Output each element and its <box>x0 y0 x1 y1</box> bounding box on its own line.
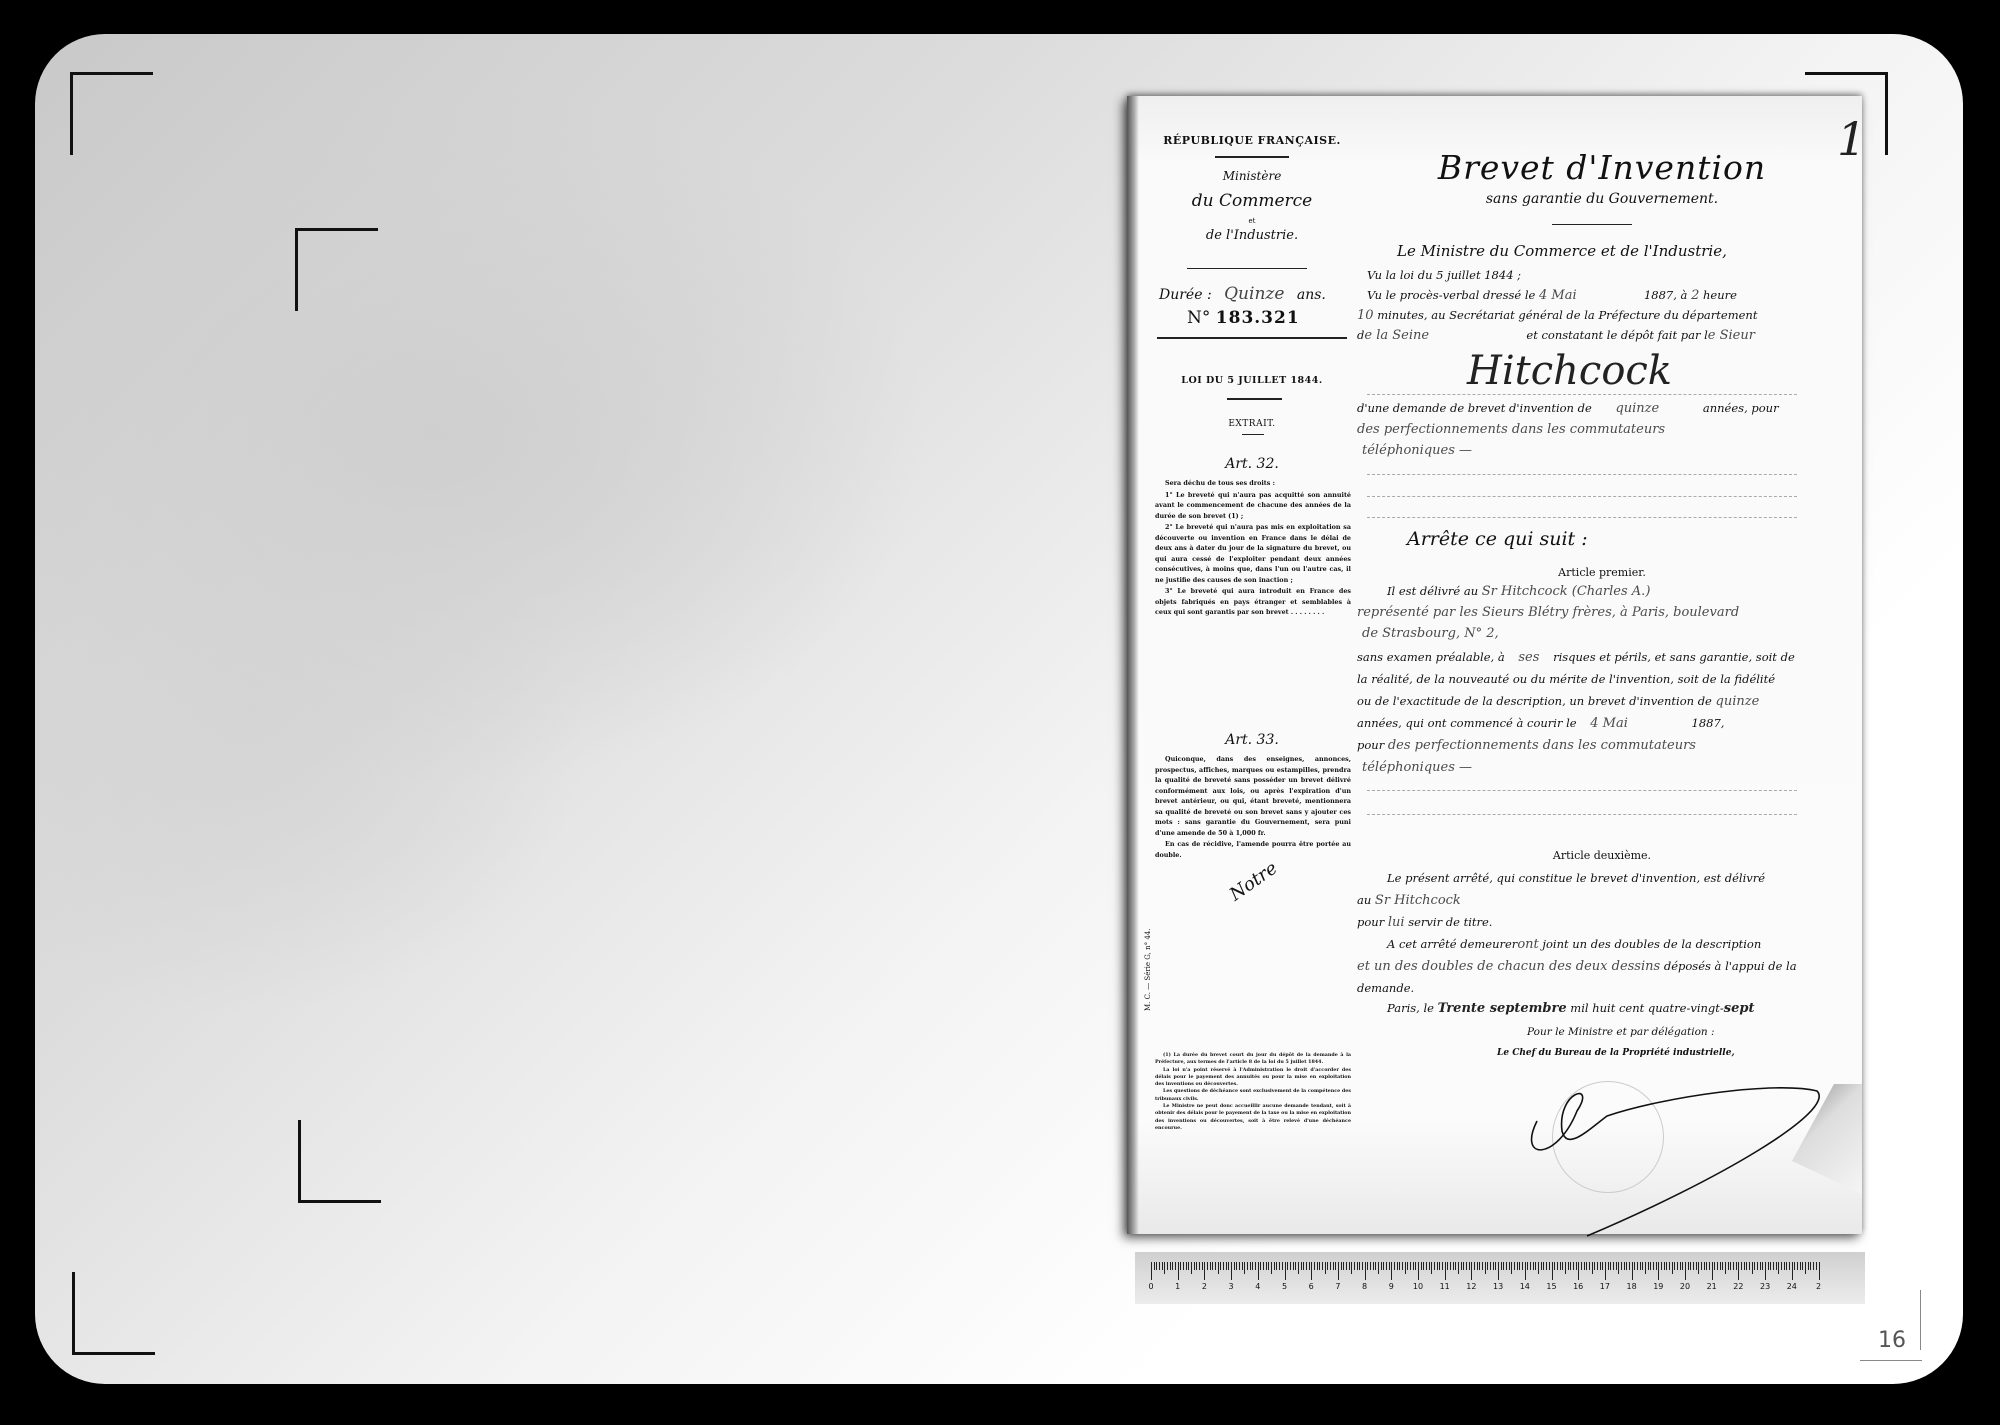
duration-unit: ans. <box>1297 287 1326 303</box>
ruler-tick <box>1399 1262 1400 1270</box>
ruler-tick <box>1276 1262 1277 1270</box>
ruler-label: 4 <box>1255 1282 1260 1291</box>
ruler-tick <box>1458 1262 1459 1274</box>
ruler-tick <box>1410 1262 1411 1270</box>
ruler-tick <box>1597 1262 1598 1270</box>
date-line: Paris, le Trente septembre mil huit cent… <box>1387 1001 1857 1016</box>
ruler-tick <box>1154 1262 1155 1270</box>
ruler-tick <box>1413 1262 1414 1270</box>
article-1-line: Il est délivré au Sr Hitchcock (Charles … <box>1387 584 1857 599</box>
ruler-tick <box>1645 1262 1646 1274</box>
ruler-tick <box>1172 1262 1173 1270</box>
ruler-label: 2 <box>1816 1282 1821 1291</box>
ruler-tick <box>1485 1262 1486 1274</box>
ruler-tick <box>1175 1262 1176 1270</box>
ruler-tick <box>1466 1262 1467 1270</box>
divider <box>1227 398 1282 400</box>
ruler-tick <box>1584 1262 1585 1270</box>
ruler-tick <box>1357 1262 1358 1270</box>
marginal-signature: Notre <box>1226 858 1282 906</box>
ruler-tick <box>1594 1262 1595 1270</box>
ruler-tick <box>1813 1262 1814 1270</box>
ruler-tick <box>1546 1262 1547 1270</box>
number-label: N° <box>1187 308 1210 328</box>
fill-line <box>1367 496 1797 497</box>
ruler-tick <box>1394 1262 1395 1270</box>
start-date: 4 Mai <box>1590 716 1628 731</box>
ruler-label: 9 <box>1389 1282 1394 1291</box>
ruler-tick <box>1215 1262 1216 1270</box>
ruler-tick <box>1642 1262 1643 1270</box>
date-day: Trente septembre <box>1438 1001 1567 1016</box>
article-2-line: et un des doubles de chacun des deux des… <box>1357 959 1827 974</box>
ruler-tick <box>1535 1262 1536 1270</box>
ruler-tick <box>1242 1262 1243 1270</box>
scale-ruler: 0123456789101112131415161718192021222324… <box>1135 1252 1865 1304</box>
ruler-label: 12 <box>1466 1282 1476 1291</box>
ruler-tick <box>1661 1262 1662 1270</box>
ruler-tick <box>1770 1262 1771 1270</box>
ruler-label: 21 <box>1707 1282 1717 1291</box>
ruler-tick <box>1808 1262 1809 1270</box>
ruler-tick <box>1653 1262 1654 1270</box>
ruler-tick <box>1335 1262 1336 1270</box>
ruler-tick <box>1610 1262 1611 1270</box>
ruler-tick <box>1236 1262 1237 1270</box>
article-32-heading: Art. 32. <box>1147 456 1357 472</box>
ruler-tick <box>1274 1262 1275 1270</box>
ruler-label: 14 <box>1520 1282 1530 1291</box>
article-2-line: Le présent arrêté, qui constitue le brev… <box>1387 871 1857 885</box>
invention-description: des perfectionnements dans les commutate… <box>1357 422 1827 437</box>
ruler-tick <box>1196 1262 1197 1270</box>
article-1-line: années, qui ont commencé à courir le 4 M… <box>1357 716 1827 731</box>
ruler-tick <box>1525 1262 1526 1280</box>
ruler-tick <box>1581 1262 1582 1270</box>
ruler-tick <box>1453 1262 1454 1270</box>
ruler-tick <box>1754 1262 1755 1270</box>
demande-duration: quinze <box>1615 401 1659 416</box>
pv-year: 1887 <box>1644 288 1673 302</box>
ruler-tick <box>1164 1262 1165 1274</box>
ruler-tick <box>1690 1262 1691 1270</box>
ruler-tick <box>1381 1262 1382 1270</box>
ruler-tick <box>1386 1262 1387 1270</box>
ruler-tick <box>1333 1262 1334 1270</box>
ruler-tick <box>1725 1262 1726 1274</box>
ruler-tick <box>1431 1262 1432 1274</box>
ruler-tick <box>1514 1262 1515 1270</box>
ruler-tick <box>1733 1262 1734 1270</box>
ruler-tick <box>1287 1262 1288 1270</box>
ruler-tick <box>1479 1262 1480 1270</box>
ruler-tick <box>1568 1262 1569 1270</box>
ruler-tick <box>1773 1262 1774 1270</box>
ruler-tick <box>1682 1262 1683 1270</box>
ruler-tick <box>1255 1262 1256 1270</box>
ruler-tick <box>1295 1262 1296 1270</box>
minister-line: Le Ministre du Commerce et de l'Industri… <box>1397 242 1727 260</box>
ruler-tick <box>1327 1262 1328 1270</box>
divider <box>1552 224 1632 225</box>
ruler-tick <box>1549 1262 1550 1270</box>
ruler-tick <box>1522 1262 1523 1270</box>
ruler-tick <box>1167 1262 1168 1270</box>
ruler-tick <box>1685 1262 1686 1280</box>
ruler-tick <box>1762 1262 1763 1270</box>
ruler-tick <box>1541 1262 1542 1270</box>
ruler-tick <box>1527 1262 1528 1270</box>
ruler-tick <box>1511 1262 1512 1274</box>
ruler-tick <box>1461 1262 1462 1270</box>
ruler-tick <box>1341 1262 1342 1270</box>
ruler-tick <box>1317 1262 1318 1270</box>
ruler-tick <box>1397 1262 1398 1270</box>
article-33-text: Quiconque, dans des enseignes, annonces,… <box>1155 754 1351 861</box>
ruler-tick <box>1282 1262 1283 1270</box>
ruler-label: 17 <box>1600 1282 1610 1291</box>
ruler-tick <box>1418 1262 1419 1280</box>
ruler-tick <box>1260 1262 1261 1270</box>
footnotes: (1) La durée du brevet court du jour du … <box>1155 1052 1351 1132</box>
ruler-tick <box>1688 1262 1689 1270</box>
ruler-tick <box>1616 1262 1617 1270</box>
ruler-tick <box>1378 1262 1379 1274</box>
article-2-heading: Article deuxième. <box>1367 849 1837 862</box>
ruler-label: 5 <box>1282 1282 1287 1291</box>
beneficiary-address: de Strasbourg, N° 2, <box>1362 626 1832 641</box>
ruler-tick <box>1717 1262 1718 1270</box>
ruler-tick <box>1578 1262 1579 1280</box>
ruler-tick <box>1239 1262 1240 1270</box>
ruler-tick <box>1314 1262 1315 1270</box>
ruler-tick <box>1530 1262 1531 1270</box>
ruler-label: 10 <box>1413 1282 1423 1291</box>
ruler-tick <box>1407 1262 1408 1270</box>
department: e la Seine <box>1364 328 1429 343</box>
ruler-tick <box>1493 1262 1494 1270</box>
minutes-line: 10 minutes, au Secrétariat général de la… <box>1357 308 1827 323</box>
applicant-name: Hitchcock <box>1467 348 1672 394</box>
series-code: M. C. — Série G, n° 44. <box>1144 929 1152 1011</box>
ruler-tick <box>1509 1262 1510 1270</box>
ruler-label: 11 <box>1440 1282 1450 1291</box>
ruler-tick <box>1301 1262 1302 1270</box>
ruler-tick <box>1263 1262 1264 1270</box>
ruler-tick <box>1471 1262 1472 1280</box>
ruler-tick <box>1426 1262 1427 1270</box>
ruler-tick <box>1389 1262 1390 1270</box>
divider <box>1215 156 1289 158</box>
fill-line <box>1367 394 1797 395</box>
ruler-tick <box>1306 1262 1307 1270</box>
ruler-tick <box>1469 1262 1470 1270</box>
ruler-tick <box>1455 1262 1456 1270</box>
fill-line <box>1367 474 1797 475</box>
ruler-tick <box>1746 1262 1747 1270</box>
ministry-line: Ministère <box>1147 169 1357 183</box>
ruler-tick <box>1701 1262 1702 1270</box>
ruler-tick <box>1789 1262 1790 1270</box>
ruler-tick <box>1819 1262 1820 1280</box>
ruler-label: 20 <box>1680 1282 1690 1291</box>
ruler-tick <box>1423 1262 1424 1270</box>
ruler-tick <box>1194 1262 1195 1270</box>
ruler-tick <box>1402 1262 1403 1270</box>
ruler-tick <box>1343 1262 1344 1270</box>
ruler-tick <box>1159 1262 1160 1270</box>
ruler-tick <box>1600 1262 1601 1270</box>
ruler-tick <box>1506 1262 1507 1270</box>
ruler-tick <box>1298 1262 1299 1274</box>
ruler-tick <box>1285 1262 1286 1280</box>
ruler-tick <box>1632 1262 1633 1280</box>
ruler-tick <box>1669 1262 1670 1270</box>
pv-hour: 2 <box>1691 288 1699 303</box>
ruler-tick <box>1293 1262 1294 1270</box>
ruler-tick <box>1805 1262 1806 1274</box>
ministry-line: du Commerce <box>1147 191 1357 211</box>
ruler-tick <box>1560 1262 1561 1270</box>
ruler-tick <box>1445 1262 1446 1280</box>
ruler-tick <box>1437 1262 1438 1270</box>
ruler-tick <box>1629 1262 1630 1270</box>
article-1-line: la réalité, de la nouveauté ou du mérite… <box>1357 672 1827 686</box>
ruler-tick <box>1487 1262 1488 1270</box>
ruler-tick <box>1501 1262 1502 1270</box>
ruler-tick <box>1439 1262 1440 1270</box>
beneficiary-representative: représenté par les Sieurs Blétry frères,… <box>1357 605 1827 620</box>
ruler-tick <box>1218 1262 1219 1274</box>
ruler-tick <box>1429 1262 1430 1270</box>
patent-number: N° 183.321 <box>1187 308 1357 328</box>
law-reference: Vu la loi du 5 juillet 1844 ; <box>1367 268 1837 282</box>
ministry-line: et <box>1147 217 1357 225</box>
ruler-tick <box>1279 1262 1280 1270</box>
ruler-tick <box>1698 1262 1699 1274</box>
ruler-tick <box>1309 1262 1310 1270</box>
ruler-tick <box>1391 1262 1392 1280</box>
ministry-line: de l'Industrie. <box>1147 228 1357 243</box>
beneficiary: Sr Hitchcock (Charles A.) <box>1482 584 1651 599</box>
ruler-tick <box>1562 1262 1563 1270</box>
duration-value: Quinze <box>1224 284 1284 304</box>
ruler-label: 24 <box>1787 1282 1797 1291</box>
ruler-tick <box>1658 1262 1659 1280</box>
ruler-tick <box>1784 1262 1785 1270</box>
proces-verbal-line: Vu le procès-verbal dressé le 4 Mai 1887… <box>1367 288 1837 303</box>
page-frame-line <box>1920 1290 1921 1350</box>
ruler-label: 2 <box>1202 1282 1207 1291</box>
divider <box>1242 434 1264 435</box>
ruler-tick <box>1794 1262 1795 1270</box>
department-line: de la Seine et constatant le dépôt fait … <box>1357 328 1827 343</box>
ruler-tick <box>1752 1262 1753 1274</box>
ruler-tick <box>1565 1262 1566 1274</box>
ruler-tick <box>1519 1262 1520 1270</box>
ruler-tick <box>1170 1262 1171 1270</box>
page-frame-line <box>1860 1360 1922 1361</box>
ruler-tick <box>1226 1262 1227 1270</box>
ruler-tick <box>1338 1262 1339 1280</box>
crop-mark-inner-top-left <box>295 228 378 311</box>
ruler-tick <box>1757 1262 1758 1270</box>
ruler-tick <box>1570 1262 1571 1270</box>
margin-mark: 1 <box>1837 112 1866 166</box>
article-1-line: pour des perfectionnements dans les comm… <box>1357 738 1827 753</box>
ruler-tick <box>1624 1262 1625 1270</box>
ruler-tick <box>1178 1262 1179 1280</box>
ruler-tick <box>1498 1262 1499 1280</box>
ruler-tick <box>1180 1262 1181 1270</box>
ruler-tick <box>1244 1262 1245 1274</box>
ruler-tick <box>1191 1262 1192 1274</box>
ruler-label: 8 <box>1362 1282 1367 1291</box>
ruler-tick <box>1207 1262 1208 1270</box>
fill-line <box>1367 790 1797 791</box>
ruler-tick <box>1234 1262 1235 1270</box>
ruler-tick <box>1618 1262 1619 1274</box>
ruler-tick <box>1271 1262 1272 1274</box>
ruler-tick <box>1434 1262 1435 1270</box>
ruler-tick <box>1680 1262 1681 1270</box>
ruler-tick <box>1672 1262 1673 1274</box>
ruler-label: 15 <box>1546 1282 1556 1291</box>
ruler-tick <box>1720 1262 1721 1270</box>
ruler-tick <box>1696 1262 1697 1270</box>
ruler-tick <box>1183 1262 1184 1270</box>
ruler-label: 18 <box>1627 1282 1637 1291</box>
official-signature <box>1517 1071 1837 1241</box>
ruler-tick <box>1776 1262 1777 1270</box>
ruler-tick <box>1415 1262 1416 1270</box>
document-subtitle: sans garantie du Gouvernement. <box>1367 191 1837 207</box>
ruler-tick <box>1677 1262 1678 1270</box>
duration-field: Durée : Quinze ans. <box>1159 284 1359 304</box>
date-year: sept <box>1724 1001 1755 1016</box>
ruler-tick <box>1704 1262 1705 1270</box>
delegation-line: Pour le Ministre et par délégation : <box>1527 1026 1715 1038</box>
ruler-tick <box>1477 1262 1478 1270</box>
ruler-tick <box>1709 1262 1710 1270</box>
ruler-tick <box>1346 1262 1347 1270</box>
ruler-tick <box>1268 1262 1269 1270</box>
ruler-tick <box>1375 1262 1376 1270</box>
ruler-tick <box>1634 1262 1635 1270</box>
ruler-tick <box>1367 1262 1368 1270</box>
ruler-tick <box>1151 1262 1152 1280</box>
ruler-tick <box>1637 1262 1638 1270</box>
ruler-tick <box>1626 1262 1627 1270</box>
ruler-tick <box>1474 1262 1475 1270</box>
ruler-tick <box>1517 1262 1518 1270</box>
ruler-tick <box>1311 1262 1312 1280</box>
law-title: LOI DU 5 JUILLET 1844. <box>1147 375 1357 386</box>
ruler-label: 13 <box>1493 1282 1503 1291</box>
ruler-tick <box>1228 1262 1229 1270</box>
ruler-tick <box>1608 1262 1609 1270</box>
ruler-tick <box>1576 1262 1577 1270</box>
ruler-tick <box>1656 1262 1657 1270</box>
ruler-tick <box>1693 1262 1694 1270</box>
ruler-tick <box>1450 1262 1451 1270</box>
article-1-line: ou de l'exactitude de la description, un… <box>1357 694 1827 709</box>
ruler-tick <box>1421 1262 1422 1270</box>
ruler-tick <box>1706 1262 1707 1270</box>
ruler-tick <box>1786 1262 1787 1270</box>
ruler-tick <box>1557 1262 1558 1270</box>
ruler-tick <box>1640 1262 1641 1270</box>
ruler-tick <box>1383 1262 1384 1270</box>
crop-mark-outer-top-left <box>70 72 153 155</box>
ruler-label: 0 <box>1148 1282 1153 1291</box>
ruler-tick <box>1247 1262 1248 1270</box>
ruler-tick <box>1188 1262 1189 1270</box>
article-1-line: sans examen préalable, à ses risques et … <box>1357 650 1827 665</box>
ruler-tick <box>1199 1262 1200 1270</box>
ruler-tick <box>1722 1262 1723 1270</box>
republic-heading: RÉPUBLIQUE FRANÇAISE. <box>1147 134 1357 147</box>
ruler-tick <box>1503 1262 1504 1270</box>
ruler-tick <box>1586 1262 1587 1270</box>
ruler-tick <box>1650 1262 1651 1270</box>
ruler-tick <box>1258 1262 1259 1280</box>
ruler-tick <box>1573 1262 1574 1270</box>
ruler-tick <box>1373 1262 1374 1270</box>
ruler-tick <box>1728 1262 1729 1270</box>
document-body: Brevet d'Invention 1 sans garantie du Go… <box>1367 96 1837 1234</box>
ruler-tick <box>1749 1262 1750 1270</box>
crop-mark-inner-bottom-left <box>298 1120 381 1203</box>
ruler-tick <box>1533 1262 1534 1270</box>
ruler-tick <box>1554 1262 1555 1270</box>
ruler-tick <box>1156 1262 1157 1270</box>
divider <box>1157 337 1347 339</box>
ruler-tick <box>1405 1262 1406 1274</box>
ruler-tick <box>1760 1262 1761 1270</box>
ruler-tick <box>1621 1262 1622 1270</box>
ruler-tick <box>1792 1262 1793 1280</box>
ruler-tick <box>1252 1262 1253 1270</box>
ruler-tick <box>1463 1262 1464 1270</box>
ruler-tick <box>1447 1262 1448 1270</box>
page-number: 16 <box>1878 1328 1906 1353</box>
recipient: Sr Hitchcock <box>1375 893 1461 908</box>
ruler-tick <box>1613 1262 1614 1270</box>
ruler-tick <box>1736 1262 1737 1270</box>
ruler-tick <box>1186 1262 1187 1270</box>
ruler-tick <box>1765 1262 1766 1280</box>
article-32-text: Sera déchu de tous ses droits : 1° Le br… <box>1155 478 1351 619</box>
ruler-tick <box>1495 1262 1496 1270</box>
ruler-tick <box>1290 1262 1291 1270</box>
ruler-tick <box>1202 1262 1203 1270</box>
ruler-tick <box>1712 1262 1713 1280</box>
ruler-tick <box>1250 1262 1251 1270</box>
ruler-tick <box>1802 1262 1803 1270</box>
ruler-tick <box>1210 1262 1211 1270</box>
article-2-line: au Sr Hitchcock <box>1357 893 1827 908</box>
ruler-tick <box>1552 1262 1553 1280</box>
ruler-tick <box>1370 1262 1371 1270</box>
patent-document: RÉPUBLIQUE FRANÇAISE. Ministère du Comme… <box>1127 96 1862 1234</box>
ruler-tick <box>1730 1262 1731 1270</box>
article-2-line: pour lui servir de titre. <box>1357 915 1827 930</box>
ruler-tick <box>1330 1262 1331 1270</box>
article-2-line: demande. <box>1357 981 1827 995</box>
ruler-tick <box>1543 1262 1544 1270</box>
ruler-label: 22 <box>1733 1282 1743 1291</box>
